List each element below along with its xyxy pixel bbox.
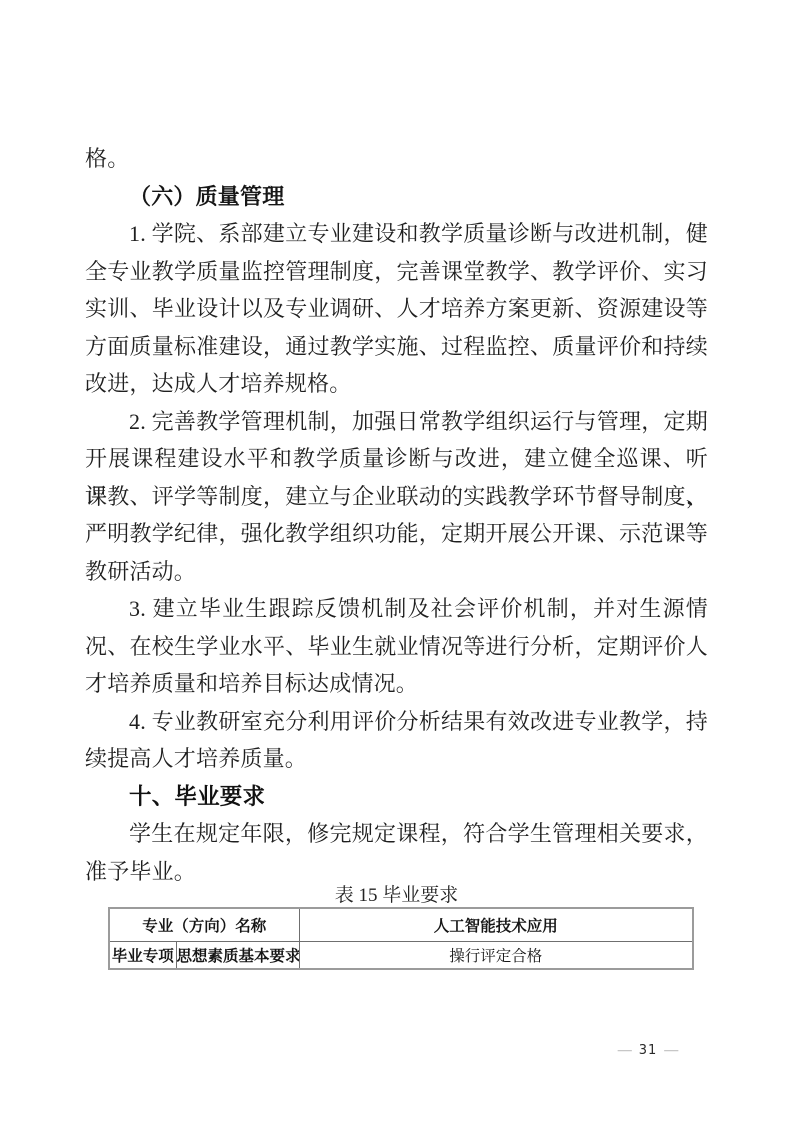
table-row: 专业（方向）名称 人工智能技术应用 — [109, 908, 693, 941]
body-line: 开展课程建设水平和教学质量诊断与改进，建立健全巡课、听课、 — [85, 440, 708, 478]
value-cell: 操行评定合格 — [299, 941, 693, 969]
category-cell: 毕业专项 — [109, 941, 176, 969]
body-line: 评教、评学等制度，建立与企业联动的实践教学环节督导制度， — [85, 478, 708, 516]
graduation-requirements-table: 专业（方向）名称 人工智能技术应用 毕业专项 思想素质基本要求 操行评定合格 — [108, 907, 694, 970]
footer-left-dash: — — [618, 1043, 632, 1058]
body-line: 严明教学纪律，强化教学组织功能，定期开展公开课、示范课等 — [85, 515, 708, 553]
body-line: 3. 建立毕业生跟踪反馈机制及社会评价机制，并对生源情 — [85, 590, 708, 628]
body-line: 4. 专业教研室充分利用评价分析结果有效改进专业教学，持 — [85, 703, 708, 741]
body-line: 1. 学院、系部建立专业建设和教学质量诊断与改进机制，健 — [85, 215, 708, 253]
body-line: 2. 完善教学管理机制，加强日常教学组织运行与管理，定期 — [85, 403, 708, 441]
page-footer: —31— — [598, 1040, 698, 1062]
body-line: 方面质量标准建设，通过教学实施、过程监控、质量评价和持续 — [85, 328, 708, 366]
page-number: 31 — [639, 1043, 658, 1058]
table-row: 毕业专项 思想素质基本要求 操行评定合格 — [109, 941, 693, 969]
body-line: 续提高人才培养质量。 — [85, 740, 708, 778]
section-heading-graduation-requirements: 十、毕业要求 — [85, 778, 708, 816]
body-line: 改进，达成人才培养规格。 — [85, 365, 708, 403]
major-name-value-cell: 人工智能技术应用 — [299, 908, 693, 941]
major-name-label-cell: 专业（方向）名称 — [109, 908, 299, 941]
document-body: 格。 （六）质量管理 1. 学院、系部建立专业建设和教学质量诊断与改进机制，健 … — [85, 140, 708, 890]
document-page: 格。 （六）质量管理 1. 学院、系部建立专业建设和教学质量诊断与改进机制，健 … — [0, 0, 793, 1122]
body-line: 格。 — [85, 140, 708, 178]
requirement-cell: 思想素质基本要求 — [176, 941, 299, 969]
section-heading-quality-management: （六）质量管理 — [85, 178, 708, 216]
footer-right-dash: — — [664, 1043, 678, 1058]
body-line: 实训、毕业设计以及专业调研、人才培养方案更新、资源建设等 — [85, 290, 708, 328]
body-line: 况、在校生学业水平、毕业生就业情况等进行分析，定期评价人 — [85, 628, 708, 666]
body-line: 全专业教学质量监控管理制度，完善课堂教学、教学评价、实习 — [85, 253, 708, 291]
body-line: 才培养质量和培养目标达成情况。 — [85, 665, 708, 703]
body-line: 学生在规定年限，修完规定课程，符合学生管理相关要求， — [85, 815, 708, 853]
body-line: 教研活动。 — [85, 553, 708, 591]
table-caption: 表 15 毕业要求 — [0, 880, 793, 907]
